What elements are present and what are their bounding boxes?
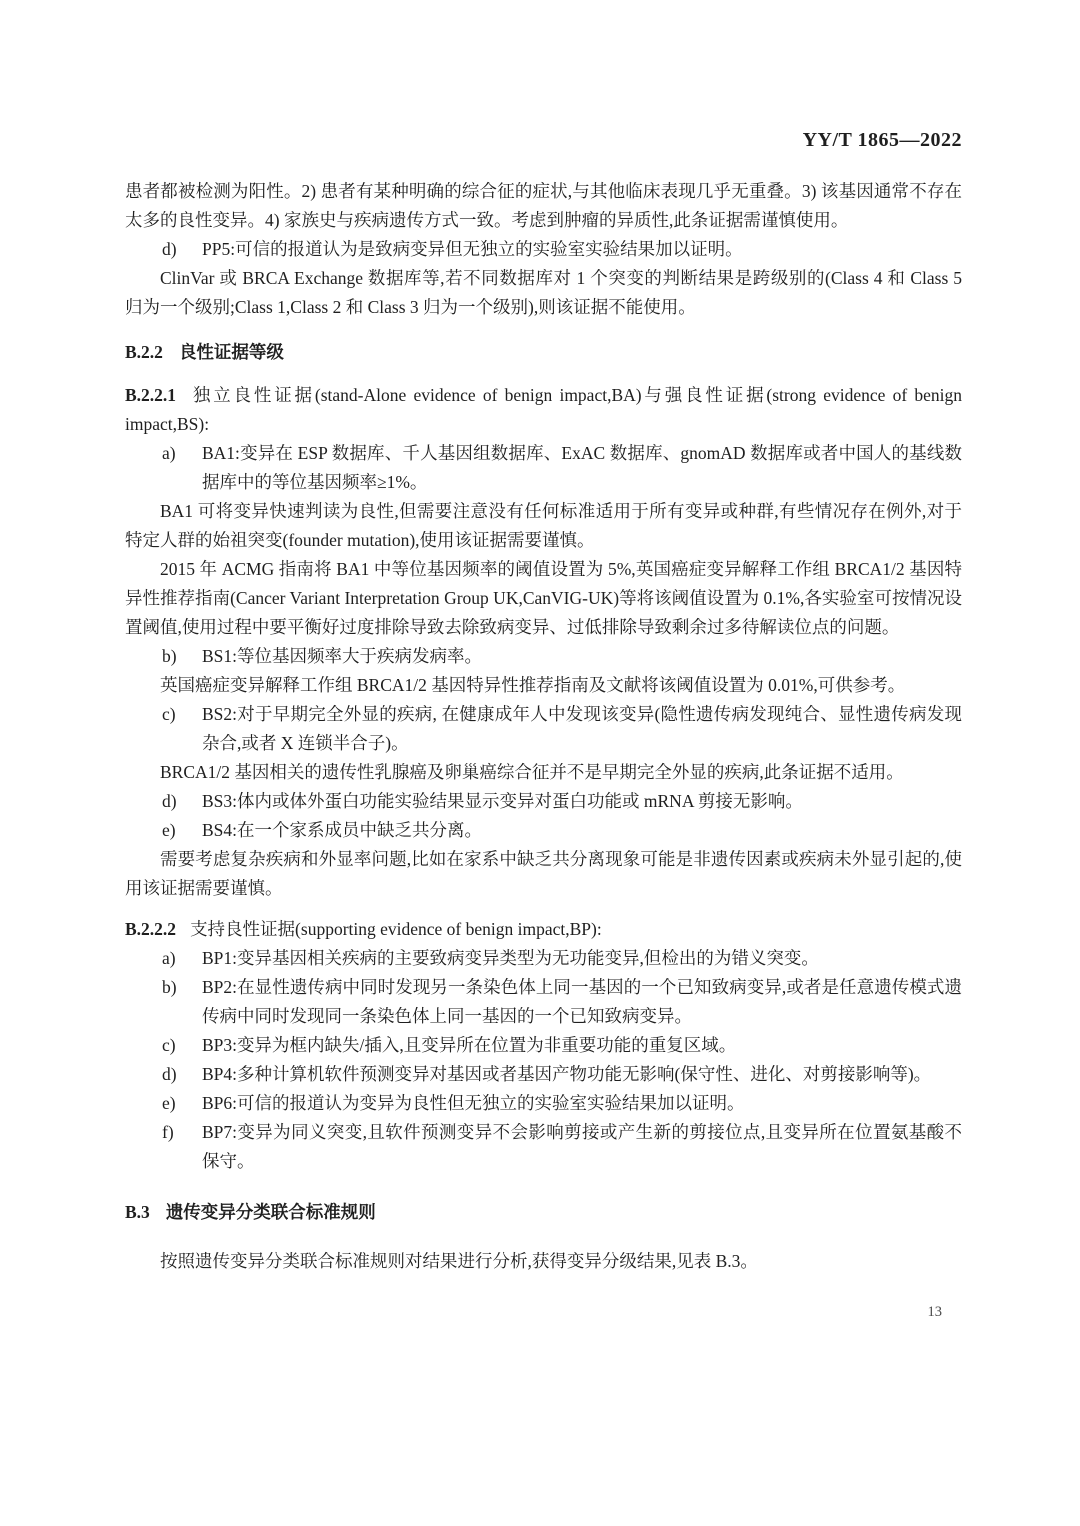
list-item-bp3: c) BP3:变异为框内缺失/插入,且变异所在位置为非重要功能的重复区域。 xyxy=(125,1031,962,1060)
paragraph-clinvar: ClinVar 或 BRCA Exchange 数据库等,若不同数据库对 1 个… xyxy=(125,264,962,322)
list-item-text: BS2:对于早期完全外显的疾病, 在健康成年人中发现该变异(隐性遗传病发现纯合、… xyxy=(202,700,962,758)
heading-title: 良性证据等级 xyxy=(179,342,284,362)
list-item-text: BS4:在一个家系成员中缺乏共分离。 xyxy=(202,816,962,845)
list-marker: d) xyxy=(162,787,202,816)
list-marker: a) xyxy=(162,944,202,973)
heading-text: 支持良性证据(supporting evidence of benign imp… xyxy=(190,919,602,939)
page-number: 13 xyxy=(125,1298,962,1327)
list-marker: a) xyxy=(162,439,202,468)
list-item-text: BP3:变异为框内缺失/插入,且变异所在位置为非重要功能的重复区域。 xyxy=(202,1031,962,1060)
heading-b22: B.2.2良性证据等级 xyxy=(125,338,962,367)
document-page: YY/T 1865—2022 患者都被检测为阳性。2) 患者有某种明确的综合征的… xyxy=(0,0,1080,1526)
list-item-text: BP2:在显性遗传病中同时发现另一条染色体上同一基因的一个已知致病变异,或者是任… xyxy=(202,973,962,1031)
paragraph-continued: 患者都被检测为阳性。2) 患者有某种明确的综合征的症状,与其他临床表现几乎无重叠… xyxy=(125,177,962,235)
page-content: YY/T 1865—2022 患者都被检测为阳性。2) 患者有某种明确的综合征的… xyxy=(125,0,962,1327)
list-item-text: BP7:变异为同义突变,且软件预测变异不会影响剪接或产生新的剪接位点,且变异所在… xyxy=(202,1118,962,1176)
list-marker: b) xyxy=(162,973,202,1002)
list-item-text: PP5:可信的报道认为是致病变异但无独立的实验室实验结果加以证明。 xyxy=(202,235,962,264)
list-marker: c) xyxy=(162,700,202,729)
paragraph-bs1-note: 英国癌症变异解释工作组 BRCA1/2 基因特异性推荐指南及文献将该阈值设置为 … xyxy=(125,671,962,700)
doc-number: YY/T 1865—2022 xyxy=(125,128,962,152)
paragraph-b3: 按照遗传变异分类联合标准规则对结果进行分析,获得变异分级结果,见表 B.3。 xyxy=(125,1247,962,1276)
list-marker: f) xyxy=(162,1118,202,1147)
paragraph-bs4-note: 需要考虑复杂疾病和外显率问题,比如在家系中缺乏共分离现象可能是非遗传因素或疾病未… xyxy=(125,845,962,903)
list-item-pp5: d) PP5:可信的报道认为是致病变异但无独立的实验室实验结果加以证明。 xyxy=(125,235,962,264)
list-item-text: BS1:等位基因频率大于疾病发病率。 xyxy=(202,642,962,671)
heading-number: B.2.2 xyxy=(125,342,163,362)
heading-number: B.3 xyxy=(125,1202,150,1222)
list-item-bp6: e) BP6:可信的报道认为变异为良性但无独立的实验室实验结果加以证明。 xyxy=(125,1089,962,1118)
list-marker: e) xyxy=(162,816,202,845)
list-item-bs1: b) BS1:等位基因频率大于疾病发病率。 xyxy=(125,642,962,671)
list-marker: e) xyxy=(162,1089,202,1118)
list-item-bp2: b) BP2:在显性遗传病中同时发现另一条染色体上同一基因的一个已知致病变异,或… xyxy=(125,973,962,1031)
list-marker: c) xyxy=(162,1031,202,1060)
list-item-text: BP6:可信的报道认为变异为良性但无独立的实验室实验结果加以证明。 xyxy=(202,1089,962,1118)
list-item-text: BP4:多种计算机软件预测变异对基因或者基因产物功能无影响(保守性、进化、对剪接… xyxy=(202,1060,962,1089)
list-item-ba1: a) BA1:变异在 ESP 数据库、千人基因组数据库、ExAC 数据库、gno… xyxy=(125,439,962,497)
list-item-bs4: e) BS4:在一个家系成员中缺乏共分离。 xyxy=(125,816,962,845)
list-item-bp4: d) BP4:多种计算机软件预测变异对基因或者基因产物功能无影响(保守性、进化、… xyxy=(125,1060,962,1089)
heading-number: B.2.2.1 xyxy=(125,385,176,405)
list-item-text: BS3:体内或体外蛋白功能实验结果显示变异对蛋白功能或 mRNA 剪接无影响。 xyxy=(202,787,962,816)
list-item-bp1: a) BP1:变异基因相关疾病的主要致病变异类型为无功能变异,但检出的为错义突变… xyxy=(125,944,962,973)
heading-b221: B.2.2.1独立良性证据(stand-Alone evidence of be… xyxy=(125,381,962,439)
heading-title: 遗传变异分类联合标准规则 xyxy=(166,1202,376,1222)
list-item-text: BP1:变异基因相关疾病的主要致病变异类型为无功能变异,但检出的为错义突变。 xyxy=(202,944,962,973)
list-marker: d) xyxy=(162,235,202,264)
list-item-bs2: c) BS2:对于早期完全外显的疾病, 在健康成年人中发现该变异(隐性遗传病发现… xyxy=(125,700,962,758)
paragraph-acmg: 2015 年 ACMG 指南将 BA1 中等位基因频率的阈值设置为 5%,英国癌… xyxy=(125,555,962,642)
list-marker: b) xyxy=(162,642,202,671)
heading-text: 独立良性证据(stand-Alone evidence of benign im… xyxy=(125,385,962,434)
paragraph-ba1-note: BA1 可将变异快速判读为良性,但需要注意没有任何标准适用于所有变异或种群,有些… xyxy=(125,497,962,555)
paragraph-bs2-note: BRCA1/2 基因相关的遗传性乳腺癌及卵巢癌综合征并不是早期完全外显的疾病,此… xyxy=(125,758,962,787)
heading-number: B.2.2.2 xyxy=(125,919,176,939)
list-marker: d) xyxy=(162,1060,202,1089)
heading-b3: B.3遗传变异分类联合标准规则 xyxy=(125,1198,962,1227)
heading-b222: B.2.2.2支持良性证据(supporting evidence of ben… xyxy=(125,915,962,944)
list-item-bp7: f) BP7:变异为同义突变,且软件预测变异不会影响剪接或产生新的剪接位点,且变… xyxy=(125,1118,962,1176)
list-item-text: BA1:变异在 ESP 数据库、千人基因组数据库、ExAC 数据库、gnomAD… xyxy=(202,439,962,497)
list-item-bs3: d) BS3:体内或体外蛋白功能实验结果显示变异对蛋白功能或 mRNA 剪接无影… xyxy=(125,787,962,816)
